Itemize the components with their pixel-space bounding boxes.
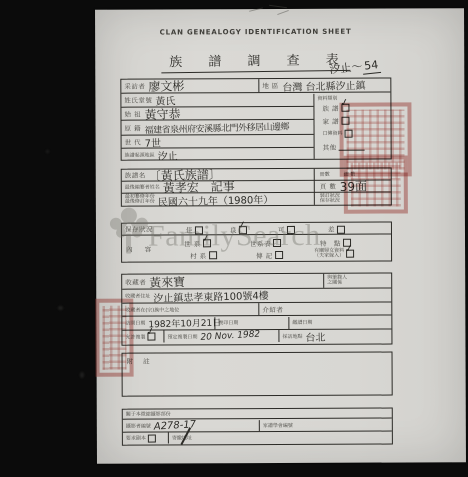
category-label: 族 譜 [322, 103, 339, 112]
origin-area-label: 族譜起源地區 [125, 152, 155, 159]
category-label: 其他 [323, 142, 337, 151]
holder-table: 收藏者 黃來寶 與筆錄人 之關係 收藏者住址 汐止鎮忠孝東路100號4樓 [121, 273, 392, 346]
checkbox: ✓ [147, 333, 155, 341]
planned-copy-date-label: 預定複製日期 [167, 333, 197, 340]
file-number: 54 [362, 58, 382, 75]
recorder-relation-label-2: 之關係 [327, 281, 347, 287]
state-label: 差 [328, 225, 335, 234]
row-film-header: 關于本微縮攝影部份 [123, 409, 392, 420]
category-label: 家 譜 [322, 116, 339, 125]
planned-copy-date-value: 20 Nov. 1982 [200, 330, 260, 343]
state-option-poor: 差 [328, 225, 345, 234]
visit-date-value: 1982年10月21日 [148, 315, 221, 330]
file-number-prefix: 汐止〜 [329, 60, 363, 77]
familysearch-tree-icon [106, 204, 152, 260]
film-speck [80, 372, 84, 378]
return-date-label: 繳譜日期 [292, 319, 312, 326]
pages-label: 頁 數 [320, 182, 337, 191]
row-surveyor: 采訪者 廖文彬 地 區 台灣 台北縣汐止鎮 [121, 79, 390, 94]
red-seal-stamp-lower-right [344, 155, 408, 213]
introducer-label: 介紹者 [262, 304, 283, 313]
photographer-number-label: 攝影者編號 [126, 422, 151, 429]
sheet-title-english: CLAN GENEALOGY IDENTIFICATION SHEET [120, 28, 391, 37]
generations-label: 世 代 [125, 137, 142, 146]
row-holder-position: 收藏者在(宗)族中之地位 介紹者 [122, 303, 391, 317]
first-ancestor-label: 始 祖 [124, 109, 141, 118]
microfilm-table: 關于本微縮攝影部份 攝影者編號 A278-17 家譜學會編號 要求副本 寄繳地 [122, 408, 393, 446]
surveyor-label: 采訪者 [124, 82, 145, 91]
photographer-number-value: A278-17 [154, 419, 197, 432]
clan-hall-label: 姓氏堂號 [124, 96, 152, 105]
film-speck [58, 306, 63, 310]
genealogy-form-sheet: CLAN GENEALOGY IDENTIFICATION SHEET 族 譜 … [95, 8, 466, 464]
origin-area-value: 汐止 [157, 147, 177, 163]
volumes-label: 冊數 [320, 171, 330, 178]
row-holder-address: 收藏者住址 汐止鎮忠孝東路100號4樓 [122, 289, 391, 303]
compiler-label: 最後編纂者姓名 [125, 184, 160, 191]
film-speck [46, 150, 49, 153]
genealogy-title-label: 族譜名 [125, 171, 146, 180]
row-origin: 原 籍 福建省泉州府安溪縣北門外移居山邊鄉 [121, 120, 313, 135]
microfilm-scan-viewport: CLAN GENEALOGY IDENTIFICATION SHEET 族 譜 … [0, 0, 468, 477]
red-seal-stamp-left [95, 299, 133, 377]
checkbox [337, 225, 345, 233]
cell-surveyor: 采訪者 廖文彬 [121, 79, 258, 93]
area-value: 台灣 台北縣汐止鎮 [282, 77, 366, 94]
checkbox: ✓ [346, 250, 354, 258]
row-generations: 世 代 7世 [122, 135, 314, 149]
holder-label: 收藏者 [125, 277, 146, 286]
visit-place-label: 採訪地點 [282, 332, 302, 339]
pencil-scribble [247, 3, 297, 17]
row-film-numbers: 攝影者編號 A278-17 家譜學會編號 [123, 419, 392, 432]
check-mark: ✓ [344, 243, 355, 256]
category-header: 資料類別 [317, 94, 337, 101]
origin-value: 福建省泉州府安溪縣北門外移居山邊鄉 [144, 119, 289, 136]
first-ancestor-value: 黃守恭 [144, 105, 180, 123]
visit-place-value: 台北 [305, 328, 325, 344]
holder-value: 黃來寶 [149, 273, 185, 291]
row-copy-permission: 允許複製 ✓ 預定複製日期 20 Nov. 1982 採訪地點 台北 [122, 330, 391, 343]
compile-year-value: 民國六十九年（1980年） [158, 190, 274, 208]
area-label: 地 區 [262, 81, 279, 90]
sheet-title-chinese: 族 譜 調 查 表 [161, 49, 350, 73]
origin-label: 原 籍 [125, 123, 142, 132]
row-copy-request: 要求副本 寄繳地址 [123, 432, 392, 444]
society-number-label: 家譜學會編號 [263, 421, 293, 428]
film-section-header: 關于本微縮攝影部份 [126, 410, 171, 417]
holder-position-label: 收藏者在(宗)族中之地位 [125, 306, 179, 313]
content-label: 特 點 [320, 238, 341, 247]
copy-request-label: 要求副本 [126, 435, 146, 442]
familysearch-watermark: FamilySearch [148, 219, 321, 254]
row-origin-area: 族譜起源地區 汐止 [122, 148, 314, 161]
interview-left-col: 姓氏堂號 黃氏 始 祖 黃守恭 原 籍 福建省泉州府安溪縣北門外移居 [121, 93, 313, 159]
row-dates: 訪問日期 1982年10月21日 複印日期 繳譜日期 [122, 316, 391, 330]
copy-date-label: 複印日期 [218, 319, 238, 326]
checkbox [148, 434, 156, 442]
women-data-label-2: （夫家嫁入） [314, 254, 344, 260]
remarks-table: 附 註 [122, 352, 393, 397]
keeping-state-label: 保存狀況 [320, 199, 340, 205]
holder-address-value: 汐止鎮忠孝東路100號4樓 [153, 287, 269, 305]
cell-area: 地 區 台灣 台北縣汐止鎮 [258, 79, 390, 93]
